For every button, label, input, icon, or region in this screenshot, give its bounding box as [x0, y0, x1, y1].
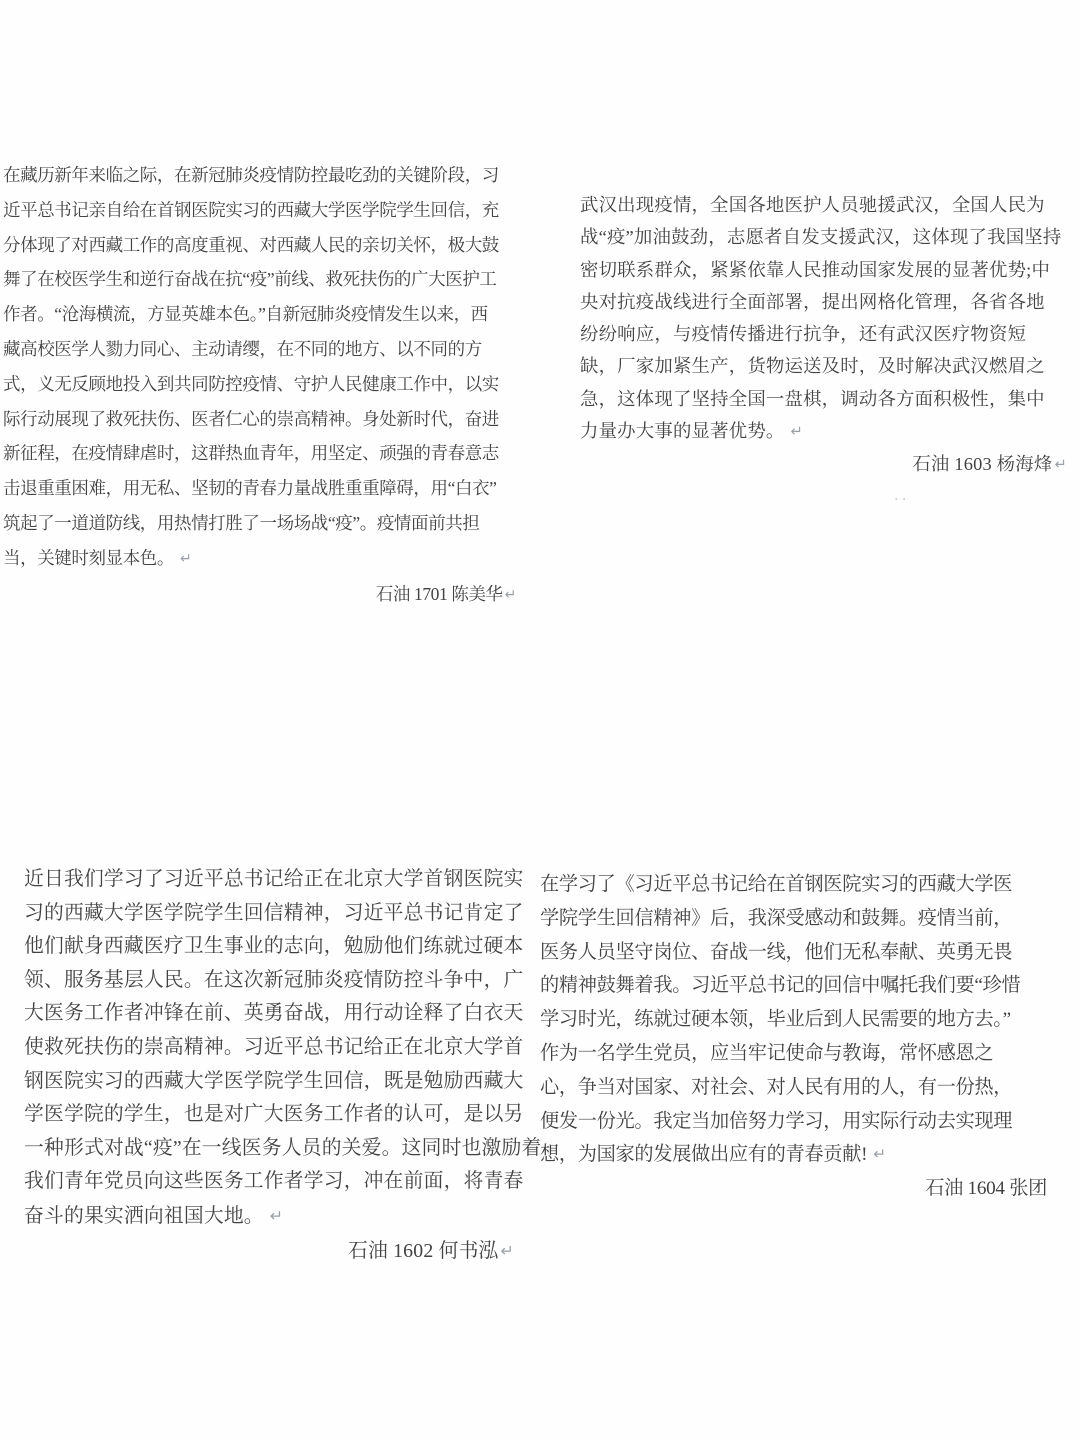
text-line: 使救死扶伤的崇高精神。习近平总书记给正在北京大学首 — [24, 1031, 530, 1065]
scanned-document-page: 在藏历新年来临之际，在新冠肺炎疫情防控最吃劲的关键阶段，习近平总书记亲自给在首钢… — [0, 0, 1080, 1438]
text-line: 想，为国家的发展做出应有的青春贡献!↵ — [540, 1138, 1051, 1172]
scan-artifact-dots: .. — [894, 486, 910, 504]
text-line: 钢医院实习的西藏大学医学院学生回信，既是勉励西藏大 — [24, 1065, 530, 1099]
text-line: 作者。“沧海横流，方显英雄本色。”自新冠肺炎疫情发生以来，西 — [3, 297, 520, 332]
signature-essay-3: 石油 1602 何书泓 — [348, 1240, 499, 1262]
text-line: 密切联系群众，紧紧依靠人民推动国家发展的显著优势;中 — [580, 254, 1070, 286]
signature-line: 石油 1603 杨海烽↵ — [580, 448, 1070, 481]
text-line: 当，关键时刻显本色。↵ — [3, 541, 520, 577]
essay-4-text: 在学习了《习近平总书记给在首钢医院实习的西藏大学医学院学生回信精神》后，我深受感… — [540, 868, 1051, 1172]
text-line: 近平总书记亲自给在首钢医院实习的西藏大学医学院学生回信，充 — [3, 193, 520, 228]
paragraph-return-icon: ↵ — [270, 1206, 283, 1225]
text-line: 力量办大事的显著优势。↵ — [580, 415, 1070, 448]
essay-2-text: 武汉出现疫情，全国各地医护人员驰援武汉，全国人民为战“疫”加油鼓劲，志愿者自发支… — [580, 189, 1070, 448]
text-line: 藏高校医学人勠力同心、主动请缨，在不同的地方、以不同的方 — [3, 332, 520, 367]
text-line: 分体现了对西藏工作的高度重视、对西藏人民的亲切关怀，极大鼓 — [3, 228, 520, 263]
text-line: 在学习了《习近平总书记给在首钢医院实习的西藏大学医 — [540, 868, 1051, 902]
text-line: 领、服务基层人民。在这次新冠肺炎疫情防控斗争中，广 — [24, 964, 530, 998]
paragraph-return-icon: ↵ — [505, 587, 516, 603]
text-line: 学医学院的学生，也是对广大医务工作者的认可，是以另 — [24, 1098, 530, 1132]
paragraph-return-icon: ↵ — [180, 551, 191, 567]
text-line: 央对抗疫战线进行全面部署，提出网格化管理，各省各地 — [580, 286, 1070, 318]
paragraph-return-icon: ↵ — [791, 423, 804, 440]
text-line: 作为一名学生党员，应当牢记使命与教诲，常怀感恩之 — [540, 1037, 1051, 1071]
text-line: 纷纷响应，与疫情传播进行抗争，还有武汉医疗物资短 — [580, 318, 1070, 350]
text-line: 新征程，在疫情肆虐时，这群热血青年，用坚定、顽强的青春意志 — [3, 436, 520, 471]
text-line: 舞了在校医学生和逆行奋战在抗“疫”前线、救死扶伤的广大医护工 — [3, 262, 520, 297]
text-line: 急，这体现了坚持全国一盘棋，调动各方面积极性，集中 — [580, 383, 1070, 415]
text-line: 学习时光，练就过硬本领，毕业后到人民需要的地方去。” — [540, 1003, 1051, 1037]
essay-block-4: 在学习了《习近平总书记给在首钢医院实习的西藏大学医学院学生回信精神》后，我深受感… — [540, 868, 1051, 1206]
text-line: 式，义无反顾地投入到共同防控疫情、守护人民健康工作中，以实 — [3, 367, 520, 402]
text-line: 击退重重困难，用无私、坚韧的青春力量战胜重重障碍，用“白衣” — [3, 471, 520, 506]
essay-1-text: 在藏历新年来临之际，在新冠肺炎疫情防控最吃劲的关键阶段，习近平总书记亲自给在首钢… — [3, 158, 520, 577]
text-line: 战“疫”加油鼓劲，志愿者自发支援武汉，这体现了我国坚持 — [580, 221, 1070, 253]
text-line: 便发一份光。我定当加倍努力学习，用实际行动去实现理 — [540, 1105, 1051, 1139]
text-line: 医务人员坚守岗位、奋战一线，他们无私奉献、英勇无畏 — [540, 936, 1051, 970]
text-line: 在藏历新年来临之际，在新冠肺炎疫情防控最吃劲的关键阶段，习 — [3, 158, 520, 193]
signature-line: 石油 1602 何书泓↵ — [24, 1234, 530, 1269]
text-line: 的精神鼓舞着我。习近平总书记的回信中嘱托我们要“珍惜 — [540, 969, 1051, 1003]
signature-line: 石油 1701 陈美华↵ — [3, 577, 520, 613]
text-line: 习的西藏大学医学院学生回信精神，习近平总书记肯定了 — [24, 897, 530, 931]
text-line: 际行动展现了救死扶伤、医者仁心的崇高精神。身处新时代，奋进 — [3, 402, 520, 437]
text-line: 我们青年党员向这些医务工作者学习，冲在前面，将青春 — [24, 1165, 530, 1199]
paragraph-return-icon: ↵ — [1054, 456, 1067, 473]
essay-block-3: 近日我们学习了习近平总书记给正在北京大学首钢医院实习的西藏大学医学院学生回信精神… — [24, 863, 530, 1268]
signature-essay-2: 石油 1603 杨海烽 — [912, 454, 1052, 474]
text-line: 筑起了一道道防线，用热情打胜了一场场战“疫”。疫情面前共担 — [3, 506, 520, 541]
text-line: 近日我们学习了习近平总书记给正在北京大学首钢医院实 — [24, 863, 530, 897]
text-line: 学院学生回信精神》后，我深受感动和鼓舞。疫情当前， — [540, 902, 1051, 936]
text-line: 一种形式对战“疫”在一线医务人员的关爱。这同时也激励着 — [24, 1132, 530, 1166]
text-line: 心，争当对国家、对社会、对人民有用的人，有一份热， — [540, 1071, 1051, 1105]
text-line: 武汉出现疫情，全国各地医护人员驰援武汉，全国人民为 — [580, 189, 1070, 221]
essay-block-1: 在藏历新年来临之际，在新冠肺炎疫情防控最吃劲的关键阶段，习近平总书记亲自给在首钢… — [3, 158, 520, 612]
text-line: 奋斗的果实洒向祖国大地。↵ — [24, 1199, 530, 1234]
text-line: 大医务工作者冲锋在前、英勇奋战，用行动诠释了白衣天 — [24, 997, 530, 1031]
paragraph-return-icon: ↵ — [873, 1145, 886, 1163]
text-line: 他们献身西藏医疗卫生事业的志向，勉励他们练就过硬本 — [24, 930, 530, 964]
text-line: 缺，厂家加紧生产，货物运送及时，及时解决武汉燃眉之 — [580, 350, 1070, 382]
essay-block-2: 武汉出现疫情，全国各地医护人员驰援武汉，全国人民为战“疫”加油鼓劲，志愿者自发支… — [580, 189, 1070, 482]
signature-line: 石油 1604 张团 — [540, 1172, 1051, 1206]
signature-essay-1: 石油 1701 陈美华 — [376, 584, 503, 604]
signature-essay-4: 石油 1604 张团 — [925, 1178, 1047, 1199]
paragraph-return-icon: ↵ — [501, 1241, 514, 1260]
essay-3-text: 近日我们学习了习近平总书记给正在北京大学首钢医院实习的西藏大学医学院学生回信精神… — [24, 863, 530, 1234]
